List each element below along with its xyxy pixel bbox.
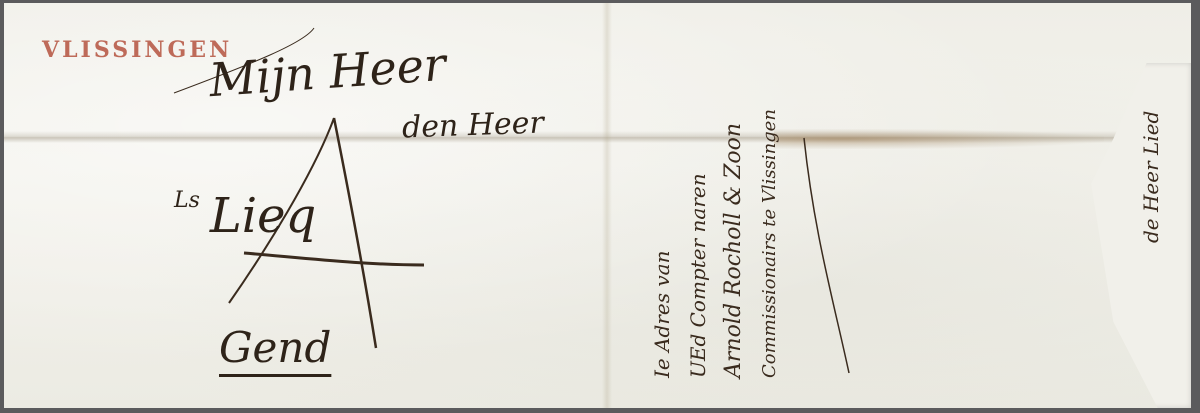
addressee-name: LsLieq [174,188,316,244]
name-prefix: Ls [174,188,200,213]
sender-note-line: Ie Adres van [644,109,680,378]
city-text: Gend [219,323,331,372]
torn-flap [1080,63,1191,408]
vlissingen-postmark: VLISSINGEN [42,37,232,63]
fold-stain [774,129,1104,149]
title-text: den Heer [401,106,544,146]
salutation-text: Mijn Heer [207,37,447,107]
sender-note-line: Arnold Rocholl & Zoon [716,109,752,378]
sender-note-line: UEd Compter naren [680,109,716,378]
vertical-fold [602,3,612,408]
sender-note-line: Commissionairs te Vlissingen [752,109,788,378]
letter-cover: VLISSINGEN Mijn Heer den Heer LsLieq Gen… [4,3,1191,408]
sender-note: Ie Adres van UEd Compter naren Arnold Ro… [644,109,788,378]
name-text: Lieq [210,188,316,244]
edge-note: de Heer Lied [1139,111,1163,243]
